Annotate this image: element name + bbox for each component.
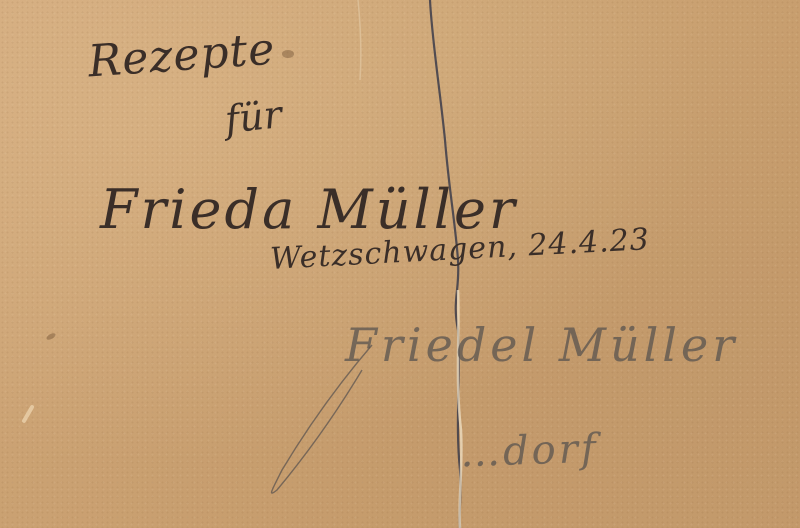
pencil-signature: Friedel Müller [345,318,738,372]
word-fuer: für [223,92,284,142]
aged-paper: Rezepte für Frieda Müller Wetzschwagen, … [0,0,800,528]
pencil-place-name: …dorf [459,426,599,477]
